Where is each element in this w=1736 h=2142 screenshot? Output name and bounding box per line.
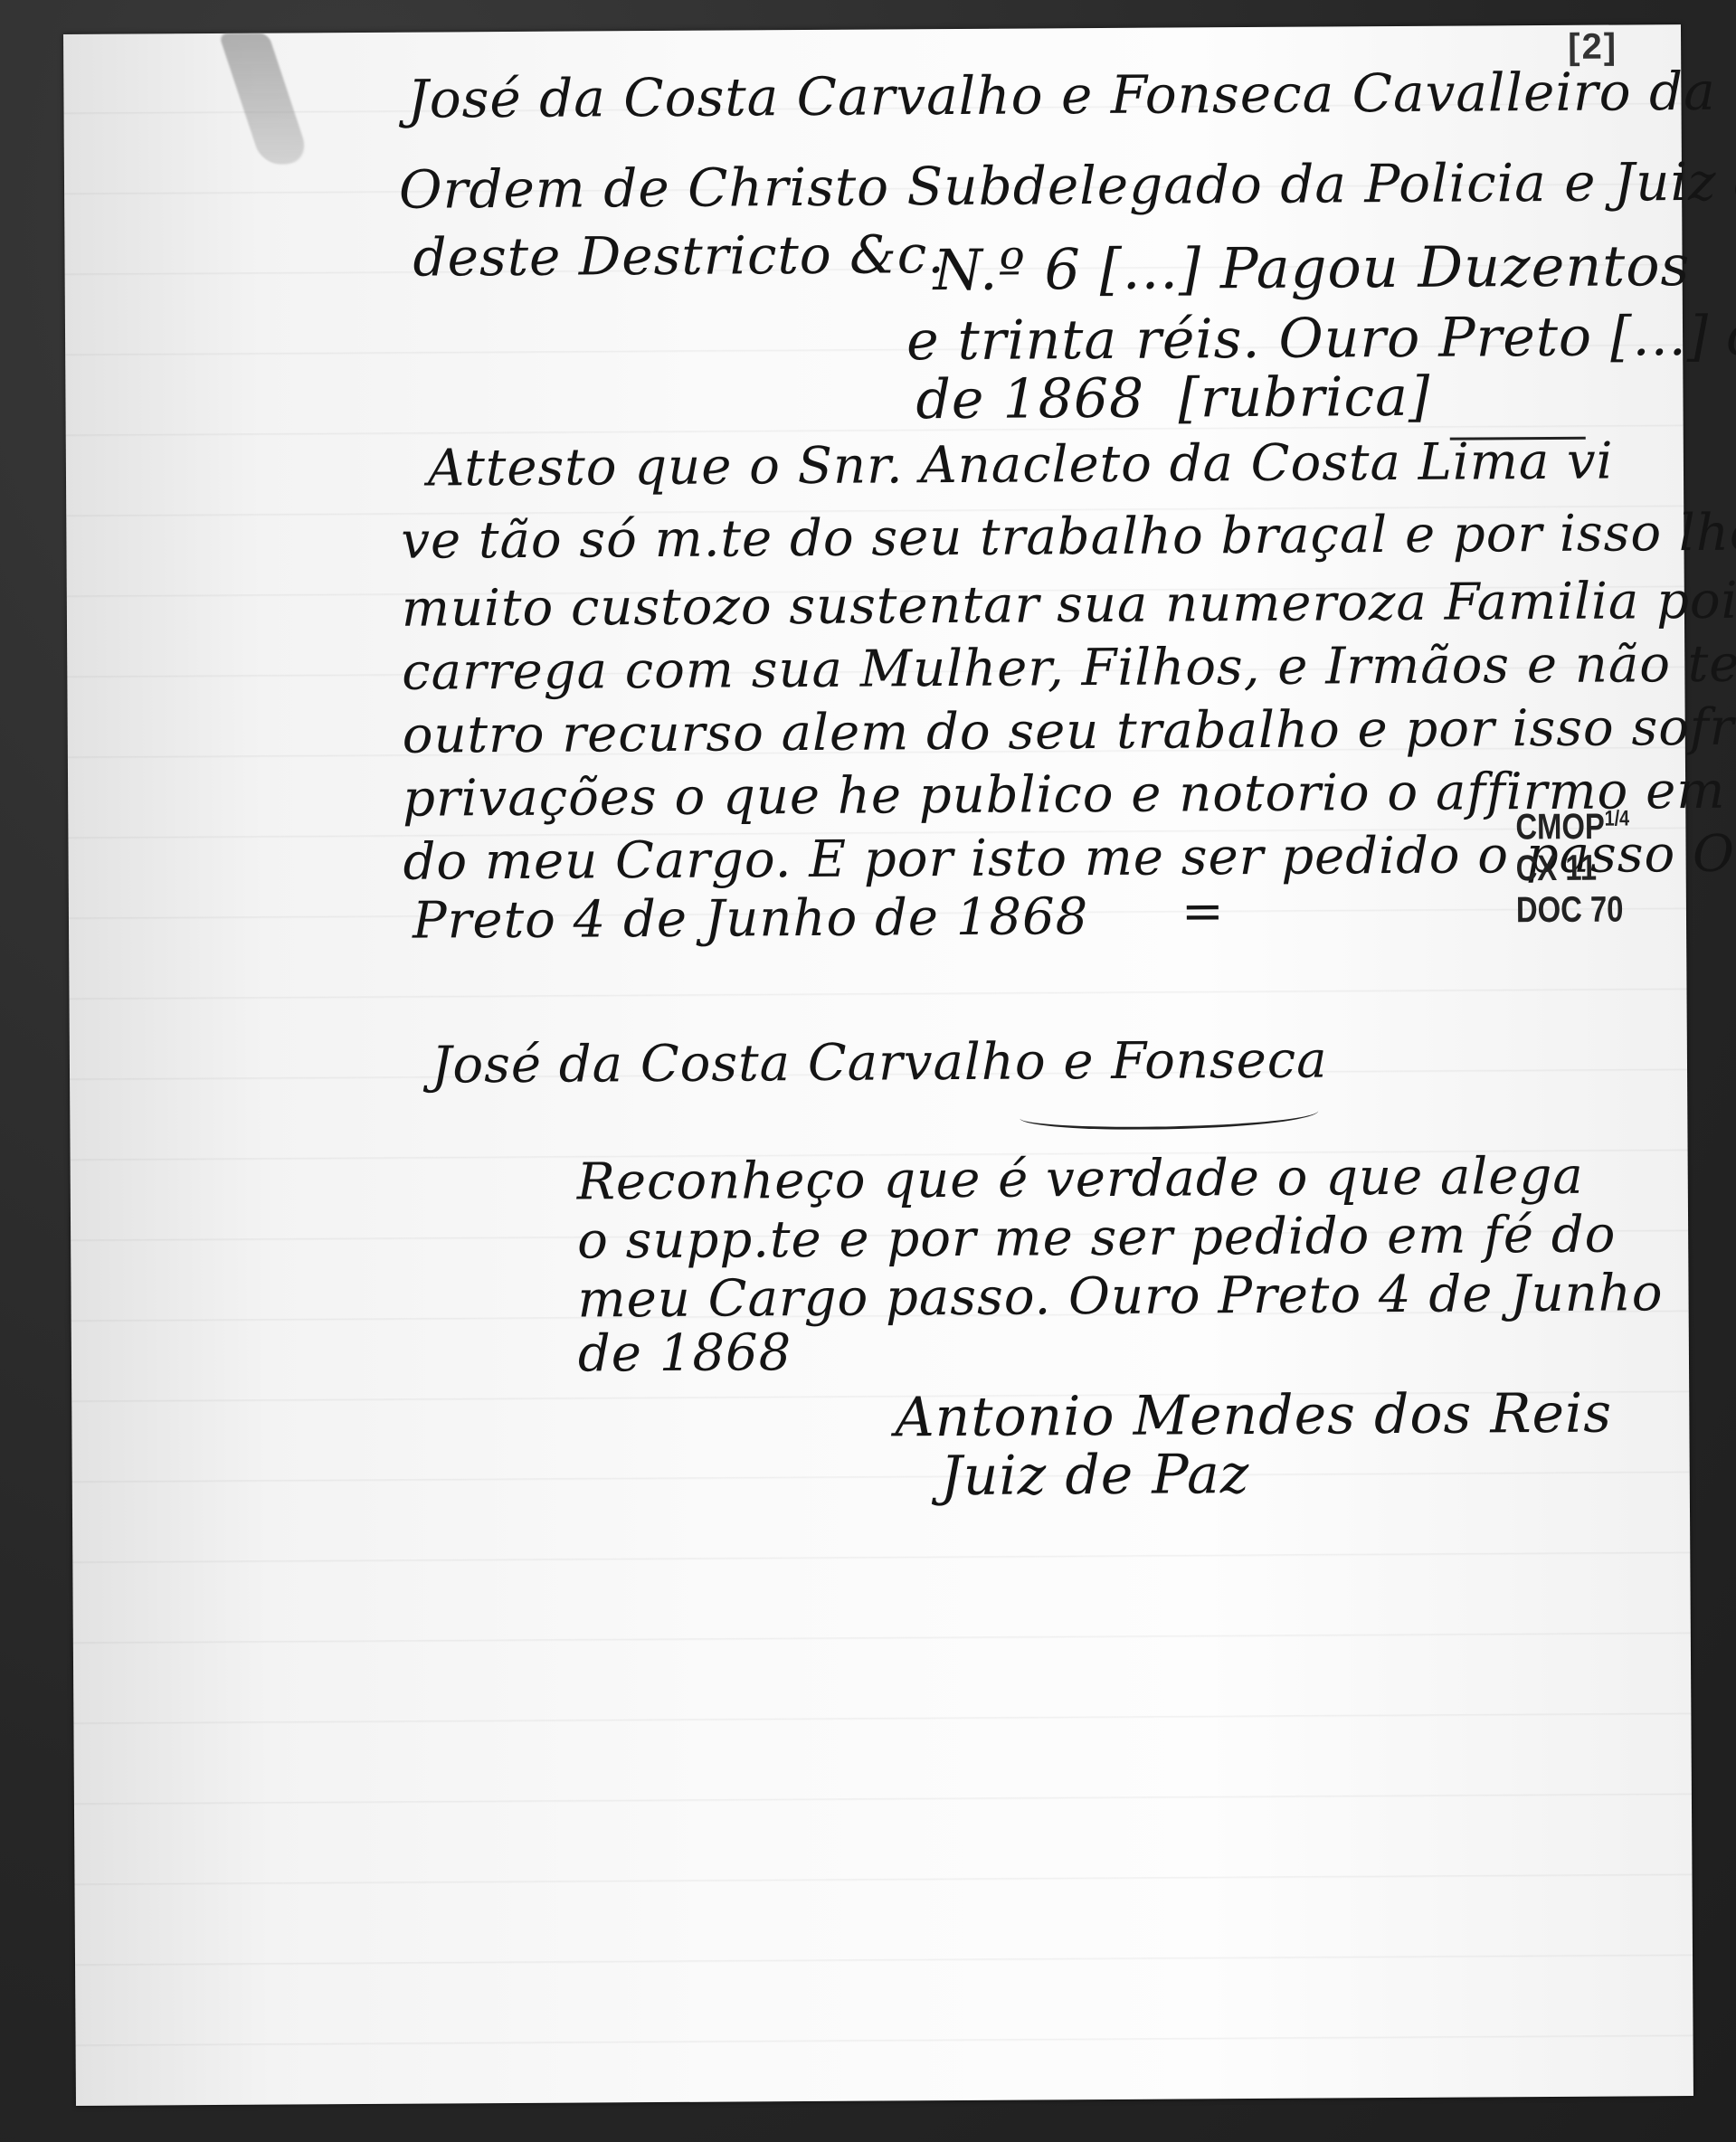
header-line-4: e trinta réis. Ouro Preto [...] de Junho	[906, 303, 1736, 373]
body-line-4: carrega com sua Mulher, Filhos, e Irmãos…	[402, 634, 1736, 701]
first-signature: José da Costa Carvalho e Fonseca	[432, 1030, 1328, 1095]
signature-flourish	[1020, 1099, 1318, 1131]
manuscript-page: [2] José da Costa Carvalho e Fonseca Cav…	[63, 24, 1693, 2106]
header-line-3b: N.º 6 [...] Pagou Duzentos	[933, 232, 1690, 303]
stain-mark	[218, 33, 311, 165]
scan-background: [2] José da Costa Carvalho e Fonseca Cav…	[0, 0, 1736, 2142]
certification-line-1: Reconheço que é verdade o que alega	[577, 1147, 1584, 1212]
archive-box: CX 11	[1516, 848, 1630, 890]
header-rubric: [rubrica]	[1178, 365, 1430, 431]
body-line-8: Preto 4 de Junho de 1868	[413, 887, 1089, 951]
certification-line-3: meu Cargo passo. Ouro Preto 4 de Junho	[577, 1264, 1663, 1329]
second-signature-title: Juiz de Paz	[941, 1443, 1250, 1508]
archive-reference-stamp: CMOP1/4 CX 11 DOC 70	[1515, 798, 1630, 931]
header-line-3: deste Destricto &c.	[413, 223, 945, 289]
archive-doc: DOC 70	[1516, 889, 1630, 932]
body-line-3: muito custozo sustentar sua numeroza Fam…	[402, 572, 1736, 639]
second-signature-name: Antonio Mendes dos Reis	[895, 1382, 1612, 1450]
header-line-5: de 1868	[915, 367, 1144, 432]
body-line-5: outro recurso alem do seu trabalho e por…	[403, 697, 1736, 765]
body-line-2: ve tão só m.te do seu trabalho braçal e …	[401, 503, 1736, 571]
certification-line-4: de 1868	[578, 1323, 792, 1383]
body-line-1: Attesto que o Snr. Anacleto da Costa Lim…	[428, 432, 1614, 498]
archive-fraction: 1/4	[1605, 806, 1630, 830]
certification-line-2: o supp.te e por me ser pedido em fé do	[577, 1206, 1617, 1271]
header-line-1: José da Costa Carvalho e Fonseca Cavalle…	[407, 61, 1716, 130]
closing-mark: =	[1181, 882, 1225, 941]
header-line-2: Ordem de Christo Subdelegado da Policia …	[399, 150, 1736, 221]
archive-collection: CMOP	[1515, 807, 1605, 848]
